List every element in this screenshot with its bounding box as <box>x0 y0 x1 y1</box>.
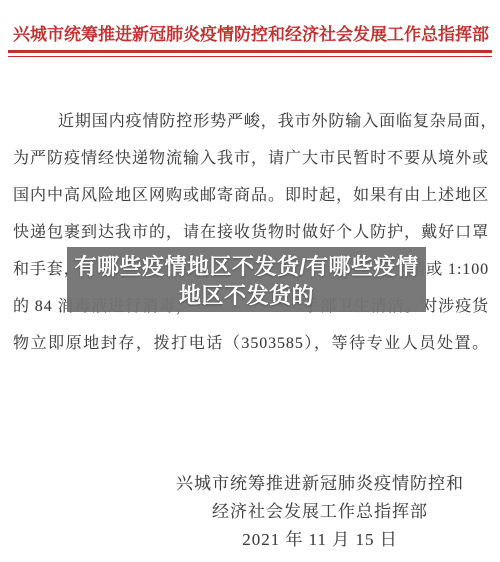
signature-line2: 经济社会发展工作总指挥部 <box>140 500 500 528</box>
body-line: 国内中高风险地区网购或邮寄商品。即时起，如果有由上述地区 <box>13 184 489 221</box>
body-line: 为严防疫情经快递物流输入我市，请广大市民暂时不要从境外或 <box>13 147 489 184</box>
body-line: 近期国内疫情防控形势严峻，我市外防输入面临复杂局面， <box>13 110 489 147</box>
document-header-title: 兴城市统筹推进新冠肺炎疫情防控和经济社会发展工作总指挥部 <box>13 20 489 45</box>
caption-overlay-line2: 地区不发货的 <box>67 281 426 310</box>
caption-overlay-line1: 有哪些疫情地区不发货/有哪些疫情 <box>67 252 426 281</box>
signature-block: 兴城市统筹推进新冠肺炎疫情防控和 经济社会发展工作总指挥部 2021 年 11 … <box>140 472 500 556</box>
header-double-rule <box>8 50 492 57</box>
signature-line1: 兴城市统筹推进新冠肺炎疫情防控和 <box>140 472 500 500</box>
notice-document: 兴城市统筹推进新冠肺炎疫情防控和经济社会发展工作总指挥部 近期国内疫情防控形势严… <box>0 0 500 562</box>
notice-body: 近期国内疫情防控形势严峻，我市外防输入面临复杂局面， 为严防疫情经快递物流输入我… <box>13 110 489 369</box>
body-line: 物立即原地封存，拨打电话（3503585），等待专业人员处置。 <box>13 332 489 369</box>
caption-overlay: 有哪些疫情地区不发货/有哪些疫情 地区不发货的 <box>67 247 426 312</box>
signature-date: 2021 年 11 月 15 日 <box>140 528 500 556</box>
